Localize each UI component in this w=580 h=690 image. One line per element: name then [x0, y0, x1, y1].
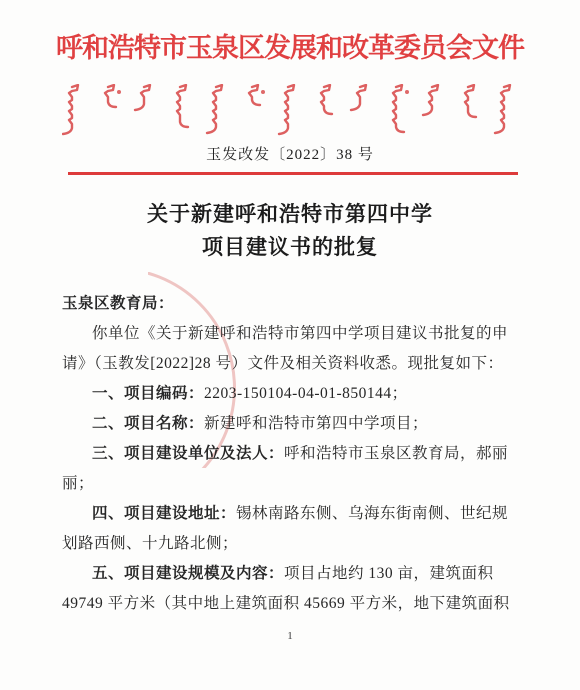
body-line: 三、项目建设单位及法人：呼和浩特市玉泉区教育局，郝丽 [62, 439, 518, 469]
body-text-segment: 呼和浩特市玉泉区教育局，郝丽 [284, 445, 508, 462]
document-number: 玉发改发〔2022〕38 号 [0, 143, 580, 164]
body-text-segment: 项目占地约 130 亩，建筑面积 [284, 565, 494, 582]
document-title-line2: 项目建议书的批复 [0, 231, 580, 264]
body-text-segment: 锡林南路东侧、乌海东街南侧、世纪规 [236, 505, 508, 522]
document-body: 玉泉区教育局：你单位《关于新建呼和浩特市第四中学项目建议书批复的申请》（玉教发[… [62, 289, 518, 619]
body-line: 划路西侧、十九路北侧； [62, 529, 518, 559]
body-line: 请》（玉教发[2022]28 号）文件及相关资料收悉。现批复如下： [62, 349, 518, 379]
body-line: 49749 平方米（其中地上建筑面积 45669 平方米，地下建筑面积 [62, 589, 518, 619]
body-text-segment: 请》（玉教发[2022]28 号）文件及相关资料收悉。现批复如下： [62, 355, 503, 372]
body-line: 四、项目建设地址：锡林南路东侧、乌海东街南侧、世纪规 [62, 499, 518, 529]
body-label-bold: 四、项目建设地址： [92, 505, 236, 522]
body-line: 玉泉区教育局： [62, 289, 518, 319]
body-text-segment: 新建呼和浩特市第四中学项目； [204, 415, 428, 432]
body-label-bold: 玉泉区教育局： [62, 295, 174, 312]
body-line: 二、项目名称：新建呼和浩特市第四中学项目； [62, 409, 518, 439]
body-label-bold: 三、项目建设单位及法人： [92, 445, 284, 462]
mongolian-script-band [62, 84, 518, 140]
body-label-bold: 二、项目名称： [92, 415, 204, 432]
body-text-segment: 2203-150104-04-01-850144； [204, 385, 408, 402]
issuing-agency-title: 呼和浩特市玉泉区发展和改革委员会文件 [0, 26, 580, 65]
body-line: 你单位《关于新建呼和浩特市第四中学项目建议书批复的申 [62, 319, 518, 349]
page-number: 1 [0, 630, 580, 642]
body-text-segment: 你单位《关于新建呼和浩特市第四中学项目建议书批复的申 [92, 325, 508, 342]
document-title-line1: 关于新建呼和浩特市第四中学 [0, 198, 580, 231]
body-label-bold: 一、项目编码： [92, 385, 204, 402]
document-title: 关于新建呼和浩特市第四中学 项目建议书的批复 [0, 198, 580, 264]
body-text-segment: 49749 平方米（其中地上建筑面积 45669 平方米，地下建筑面积 [62, 595, 510, 612]
body-line: 五、项目建设规模及内容：项目占地约 130 亩，建筑面积 [62, 559, 518, 589]
body-text-segment: 划路西侧、十九路北侧； [62, 535, 238, 552]
body-label-bold: 五、项目建设规模及内容： [92, 565, 284, 582]
red-divider-line [68, 172, 518, 175]
body-line: 一、项目编码：2203-150104-04-01-850144； [62, 379, 518, 409]
body-line: 丽； [62, 469, 518, 499]
document-page: 呼和浩特市玉泉区发展和改革委员会文件 玉发改发〔2022〕38 号 关于新建呼和… [0, 0, 580, 690]
body-text-segment: 丽； [62, 475, 94, 492]
